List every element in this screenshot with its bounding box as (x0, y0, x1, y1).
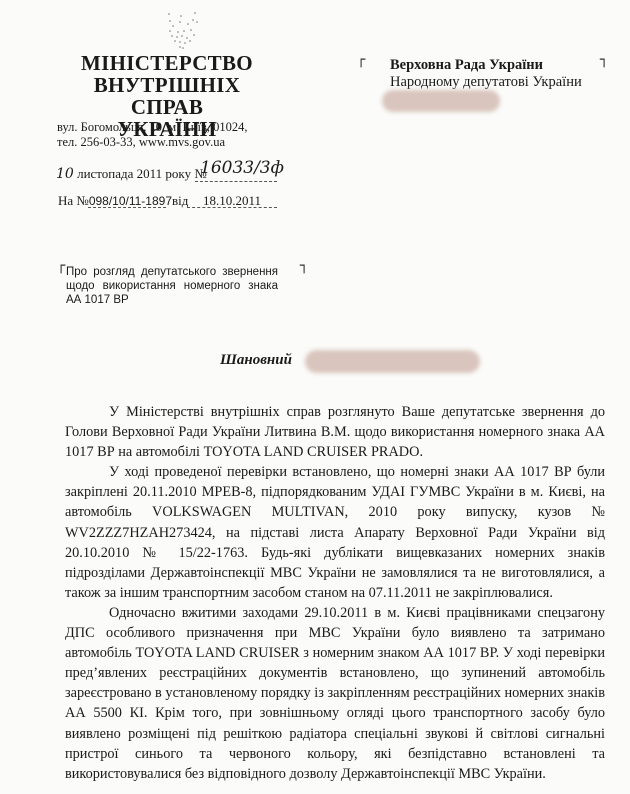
recipient-name-redaction (382, 90, 500, 112)
incoming-date: 18.10.2011 (203, 193, 261, 209)
body-paragraph-2: У ході проведеної перевірки встановлено,… (65, 462, 605, 603)
greeting-name-redaction (305, 350, 480, 373)
address-line-1: вул. Богомольця, 10, м. Київ, 01024, (57, 120, 247, 135)
subject-corner-top-left: ┌ (57, 258, 65, 274)
body-paragraph-1: У Міністерстві внутрішніх справ розгляну… (65, 402, 605, 462)
outgoing-number: 16033/3ф (200, 158, 284, 178)
recipient-block: Верховна Рада України Народному депутато… (390, 57, 582, 91)
outgoing-date: 10 листопада 2011 року № (56, 166, 207, 182)
greeting: Шановний (220, 352, 292, 369)
address-line-2: тел. 256-03-33, www.mvs.gov.ua (57, 135, 247, 150)
ministry-address: вул. Богомольця, 10, м. Київ, 01024, тел… (57, 120, 247, 150)
ministry-line-2: ВНУТРІШНІХ СПРАВ (62, 74, 272, 118)
letter-subject: Про розгляд депутатського звернення щодо… (66, 265, 278, 307)
ministry-line-1: МІНІСТЕРСТВО (62, 52, 272, 74)
incoming-number-line (88, 207, 166, 208)
corner-mark-top-left: ┌ (357, 52, 365, 68)
handwritten-day: 10 (56, 166, 74, 182)
trident-emblem-icon (164, 10, 200, 50)
incoming-number: 098/10/11-1897 (89, 194, 172, 208)
corner-mark-top-right: ┐ (600, 52, 608, 68)
printed-date: листопада 2011 року (77, 166, 191, 181)
on-number-label: На № (58, 193, 89, 208)
body-paragraph-3: Одночасно вжитими заходами 29.10.2011 в … (65, 603, 605, 784)
subject-corner-top-right: ┐ (300, 258, 308, 274)
letter-body: У Міністерстві внутрішніх справ розгляну… (65, 402, 605, 784)
recipient-title: Народному депутатові України (390, 74, 582, 91)
recipient-org: Верховна Рада України (390, 57, 582, 74)
from-label: від (172, 193, 188, 208)
